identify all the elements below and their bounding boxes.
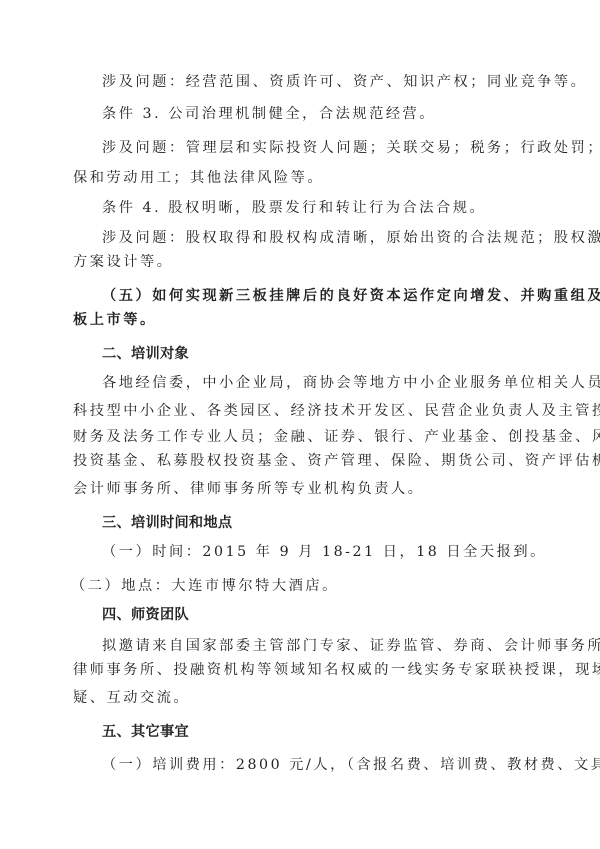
paragraph-line: 涉及问题：股权取得和股权构成清晰，原始出资的合法规范；股权激励 (102, 229, 600, 247)
paragraph-line: 涉及问题：经营范围、资质许可、资产、知识产权；同业竞争等。 (102, 73, 587, 91)
paragraph-line: 律师事务所、投融资机构等领域知名权威的一线实务专家联袂授课，现场答 (73, 661, 600, 679)
paragraph-line: 科技型中小企业、各类园区、经济技术开发区、民营企业负责人及主管投资、 (73, 402, 600, 420)
paragraph-line: 涉及问题：管理层和实际投资人问题；关联交易；税务；行政处罚；环 (102, 139, 600, 157)
paragraph-line: 保和劳动用工；其他法律风险等。 (73, 169, 324, 187)
condition-4: 条件 4. 股权明晰，股票发行和转让行为合法合规。 (102, 199, 486, 217)
section-heading-training-target: 二、培训对象 (102, 345, 189, 363)
subheading-5-cont: 板上市等。 (73, 311, 157, 329)
paragraph-line: 拟邀请来自国家部委主管部门专家、证券监管、券商、会计师事务所、 (102, 637, 600, 655)
paragraph-line: 各地经信委，中小企业局，商协会等地方中小企业服务单位相关人员； (102, 374, 600, 392)
section-heading-faculty: 四、师资团队 (102, 606, 189, 624)
training-fee: （一）培训费用：2800 元/人，（含报名费、培训费、教材费、文具资料 (102, 756, 600, 774)
section-heading-other: 五、其它事宜 (102, 723, 189, 741)
condition-3: 条件 3. 公司治理机制健全，合法规范经营。 (102, 105, 436, 123)
training-location: （二）地点：大连市博尔特大酒店。 (71, 577, 339, 595)
paragraph-line: 投资基金、私募股权投资基金、资产管理、保险、期货公司、资产评估机构、 (73, 452, 600, 470)
training-time: （一）时间：2015 年 9 月 18-21 日，18 日全天报到。 (102, 543, 547, 561)
subheading-5: （五）如何实现新三板挂牌后的良好资本运作定向增发、并购重组及转 (102, 287, 600, 305)
paragraph-line: 疑、互动交流。 (73, 689, 190, 707)
paragraph-line: 会计师事务所、律师事务所等专业机构负责人。 (73, 480, 425, 498)
section-heading-time-place: 三、培训时间和地点 (102, 514, 232, 532)
paragraph-line: 方案设计等。 (73, 253, 173, 271)
paragraph-line: 财务及法务工作专业人员；金融、证券、银行、产业基金、创投基金、风险 (73, 428, 600, 446)
